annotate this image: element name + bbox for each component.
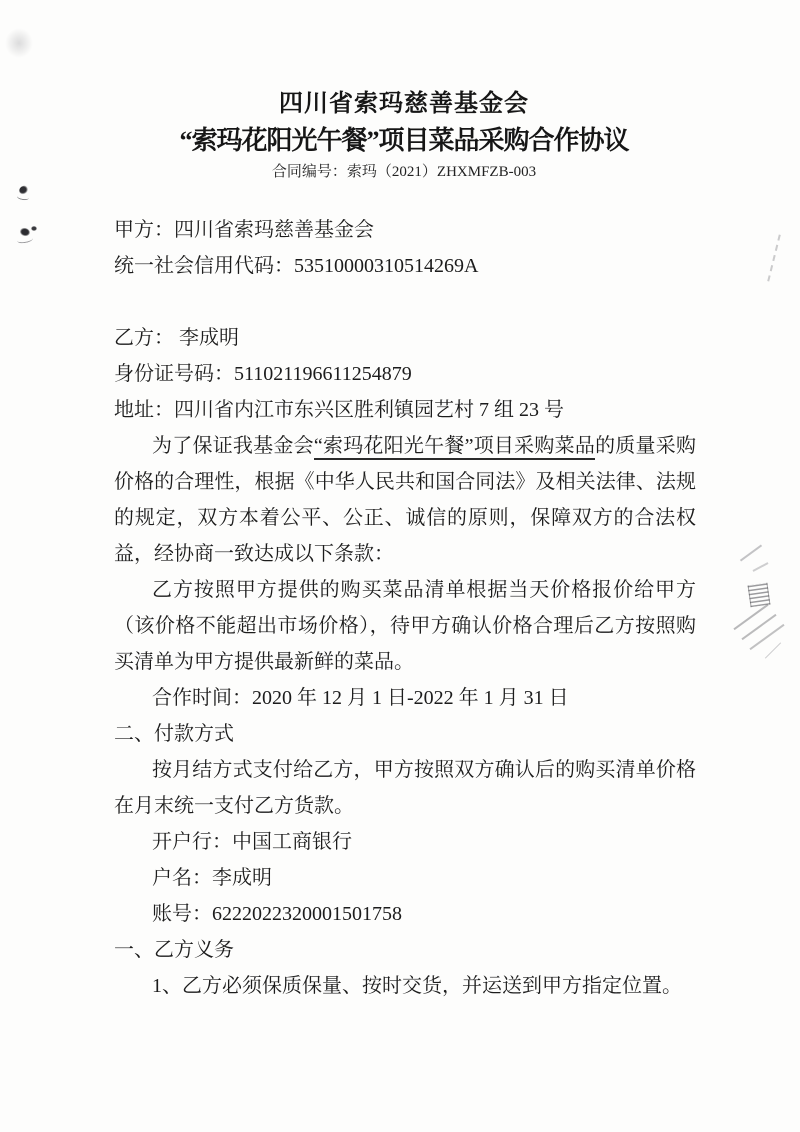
cooperation-period-line: 合作时间：2020 年 12 月 1 日-2022 年 1 月 31 日 (114, 680, 696, 716)
bank-name-line: 开户行：中国工商银行 (114, 824, 696, 860)
payment-terms-paragraph: 按月结方式支付给乙方，甲方按照双方确认后的购买清单价格在月末统一支付乙方货款。 (114, 752, 696, 824)
preamble-paragraph: 为了保证我基金会“索玛花阳光午餐”项目采购菜品的质量采购价格的合理性，根据《中华… (114, 428, 696, 572)
account-number-line: 账号：6222022320001501758 (114, 896, 696, 932)
party-a-credit-code-line: 统一社会信用代码：53510000310514269A (114, 248, 696, 284)
party-b-id-line: 身份证号码：511021196611254879 (114, 356, 696, 392)
pencil-stroke (753, 562, 769, 572)
ink-speck-2-tail (17, 235, 34, 244)
party-b-address-line: 地址：四川省内江市东兴区胜利镇园艺村 7 组 23 号 (114, 392, 696, 428)
contract-number: 合同编号：索玛（2021）ZHXMFZB-003 (114, 161, 694, 183)
ink-speck-1-tail (17, 193, 30, 201)
pencil-stroke (740, 545, 762, 562)
pricing-clause-paragraph: 乙方按照甲方提供的购买菜品清单根据当天价格报价给甲方（该价格不能超出市场价格），… (114, 572, 696, 680)
pencil-scribble-right (722, 540, 792, 665)
ink-speck-1 (18, 185, 29, 195)
ink-speck-3 (31, 226, 37, 231)
scan-smudge-top-left (5, 28, 33, 58)
scan-mark-right-edge (767, 234, 781, 281)
document-header: 四川省索玛慈善基金会 “索玛花阳光午餐”项目菜品采购合作协议 合同编号：索玛（2… (114, 88, 694, 183)
pencil-stroke (749, 624, 784, 650)
preamble-text-before: 为了保证我基金会 (152, 435, 314, 457)
scanned-contract-page: 四川省索玛慈善基金会 “索玛花阳光午餐”项目菜品采购合作协议 合同编号：索玛（2… (0, 0, 800, 1132)
document-title: 四川省索玛慈善基金会 (114, 88, 694, 120)
payment-section-heading: 二、付款方式 (114, 716, 696, 752)
obligation-item-1: 1、乙方必须保质保量、按时交货，并运送到甲方指定位置。 (114, 968, 696, 1004)
obligations-section-heading: 一、乙方义务 (114, 932, 696, 968)
pencil-stroke (741, 614, 776, 640)
pencil-stroke (733, 604, 768, 630)
pencil-stroke (765, 642, 781, 658)
party-a-name-line: 甲方：四川省索玛慈善基金会 (114, 212, 696, 248)
ink-speck-2 (19, 227, 30, 237)
account-name-line: 户名：李成明 (114, 860, 696, 896)
party-b-name-line: 乙方： 李成明 (114, 320, 696, 356)
document-subtitle: “索玛花阳光午餐”项目菜品采购合作协议 (114, 124, 694, 158)
underlined-project-name: “索玛花阳光午餐”项目采购菜品 (314, 435, 595, 460)
document-body: 甲方：四川省索玛慈善基金会 统一社会信用代码：53510000310514269… (114, 212, 696, 1004)
pencil-hatch-block (748, 583, 771, 608)
